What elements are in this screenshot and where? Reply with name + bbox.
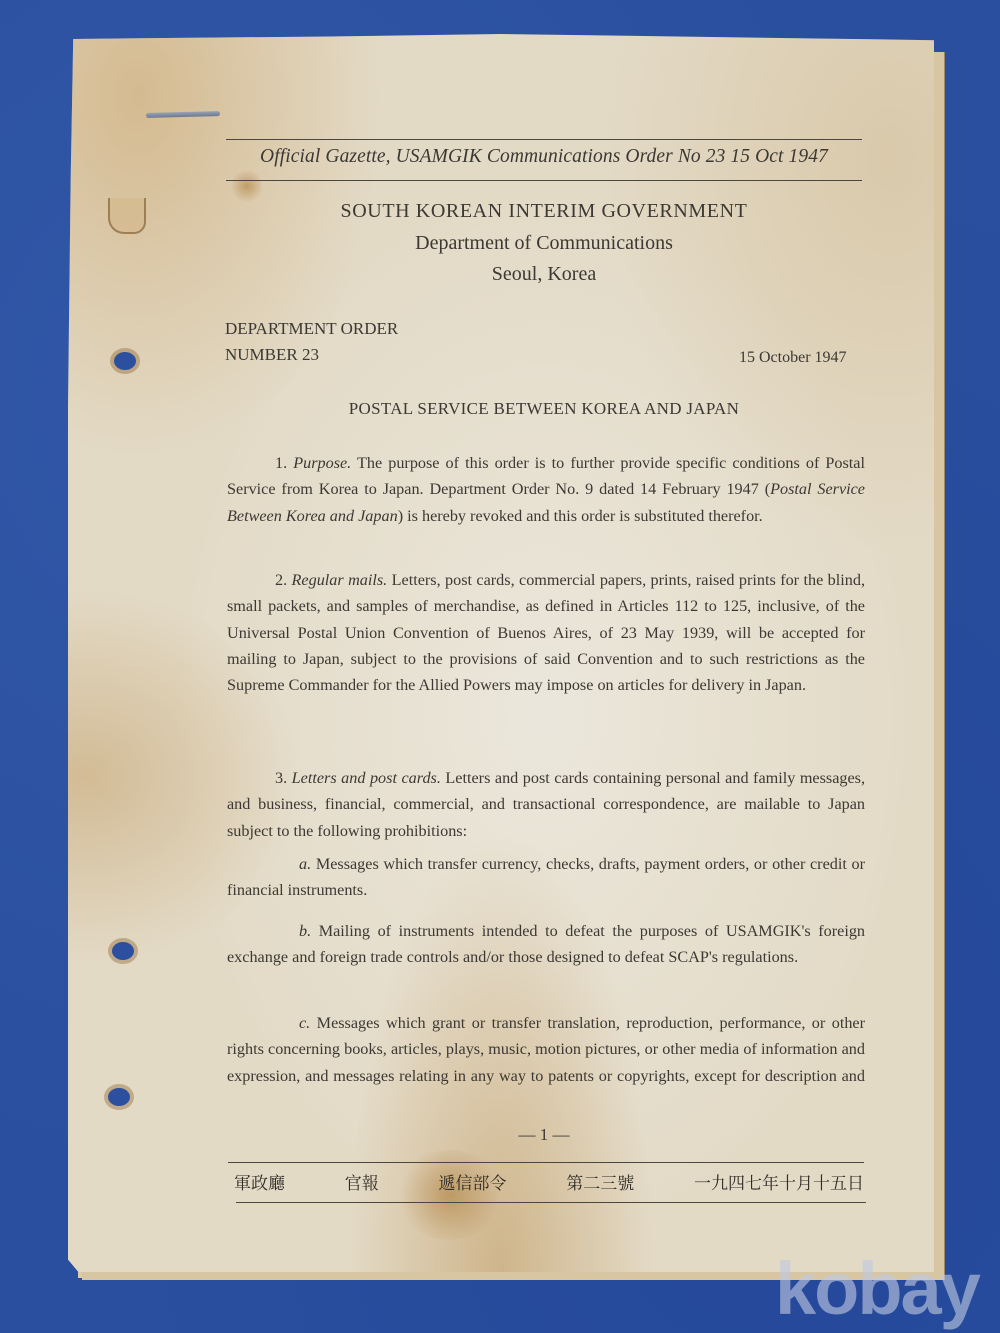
prohibition-a: a. Messages which transfer currency, che… xyxy=(227,851,865,904)
section-title: Purpose. xyxy=(293,454,351,472)
header-rule-bottom xyxy=(226,180,862,181)
footer-rule-top xyxy=(228,1162,864,1163)
item-letter: a. xyxy=(299,855,311,873)
watermark-logo: kobay xyxy=(775,1252,979,1326)
section-1-purpose: 1. Purpose. The purpose of this order is… xyxy=(227,450,865,529)
item-letter: b. xyxy=(299,922,311,940)
section-number: 1. xyxy=(275,454,287,472)
item-text: Messages which grant or transfer transla… xyxy=(227,1014,865,1085)
department-title: Department of Communications xyxy=(226,232,862,255)
section-2-regular-mails: 2. Regular mails. Letters, post cards, c… xyxy=(227,567,865,698)
section-title: Regular mails. xyxy=(292,571,388,589)
prohibition-c: c. Messages which grant or transfer tran… xyxy=(227,1010,865,1089)
section-text: ) is hereby revoked and this order is su… xyxy=(398,507,763,525)
punch-hole-icon xyxy=(112,942,134,960)
section-text: Letters, post cards, commercial papers, … xyxy=(227,571,865,694)
footer-order-type: 遞信部令 xyxy=(439,1169,507,1194)
footer-date: 一九四七年十月十五日 xyxy=(694,1169,864,1194)
item-letter: c. xyxy=(299,1014,310,1032)
age-stain xyxy=(232,168,262,204)
order-date: 15 October 1947 xyxy=(739,349,847,367)
footer-order-number: 第二三號 xyxy=(566,1169,634,1194)
section-title: Letters and post cards. xyxy=(292,769,441,787)
item-text: Messages which transfer currency, checks… xyxy=(227,855,865,899)
page-number: — 1 — xyxy=(226,1125,862,1145)
prohibition-b: b. Mailing of instruments intended to de… xyxy=(227,918,865,971)
punch-hole-icon xyxy=(108,1088,130,1106)
item-text: Mailing of instruments intended to defea… xyxy=(227,922,865,966)
order-label: DEPARTMENT ORDER xyxy=(225,319,398,339)
footer-rule-bottom xyxy=(236,1202,866,1203)
running-header: Official Gazette, USAMGIK Communications… xyxy=(226,146,862,168)
torn-corner xyxy=(108,198,146,234)
government-title: SOUTH KOREAN INTERIM GOVERNMENT xyxy=(226,200,862,223)
order-number: NUMBER 23 xyxy=(225,345,319,365)
location: Seoul, Korea xyxy=(226,263,862,286)
age-stain xyxy=(395,1150,505,1240)
footer-agency: 軍政廳 xyxy=(234,1169,285,1194)
section-number: 2. xyxy=(275,571,287,589)
section-number: 3. xyxy=(275,769,287,787)
order-subject: POSTAL SERVICE BETWEEN KOREA AND JAPAN xyxy=(226,399,862,419)
punch-hole-icon xyxy=(114,352,136,370)
section-3-letters-post-cards: 3. Letters and post cards. Letters and p… xyxy=(227,765,865,844)
footer-japanese-header: 軍政廳 官報 遞信部令 第二三號 一九四七年十月十五日 xyxy=(234,1169,864,1194)
header-rule-top xyxy=(226,139,862,140)
footer-gazette: 官報 xyxy=(345,1169,379,1194)
